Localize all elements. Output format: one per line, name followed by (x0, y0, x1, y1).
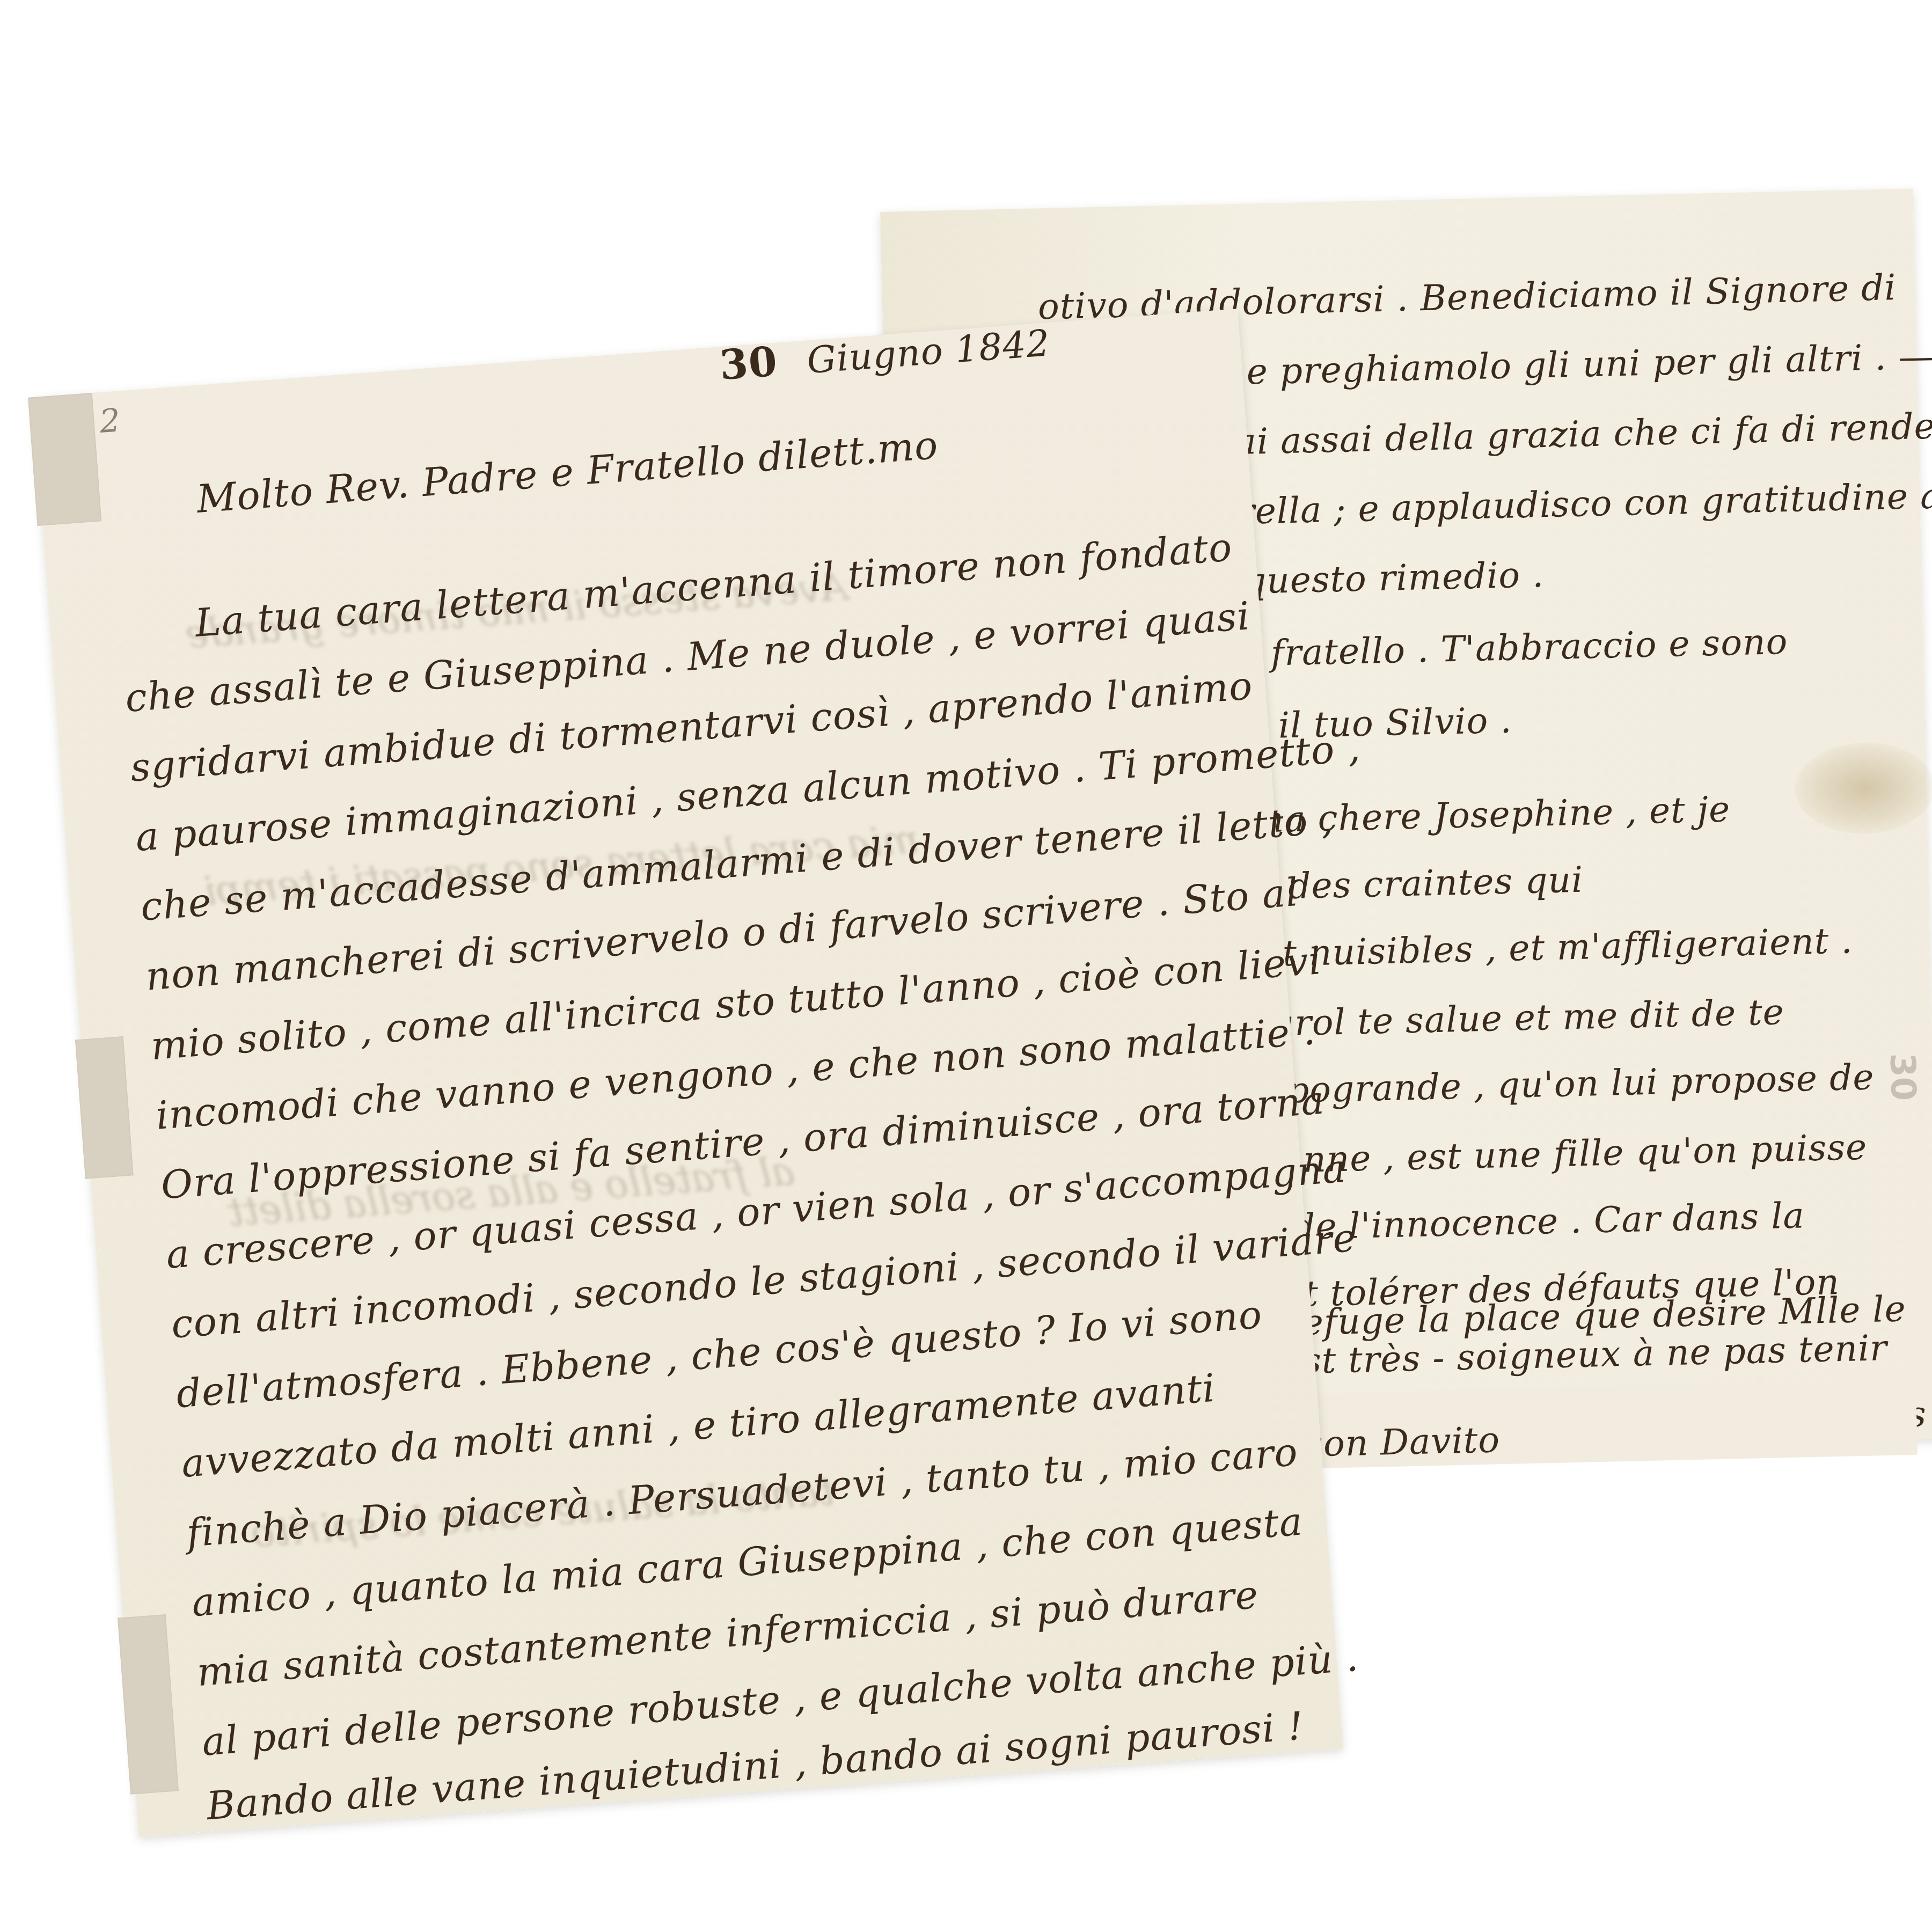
date-day: 30 (718, 337, 779, 389)
date-month-year: Giugno 1842 (806, 322, 1051, 382)
page-number-mark: 2 (98, 401, 122, 441)
water-stain (1794, 741, 1932, 836)
salutation: Molto Rev. Padre e Fratello dilett.mo (195, 422, 940, 522)
mount-tab-bottom (118, 1614, 179, 1795)
mount-tab-middle (75, 1036, 134, 1179)
archive-stamp: 30 (1882, 1052, 1923, 1101)
mount-tab-top (28, 393, 101, 526)
front-letter-page: 2 30 Giugno 1842 Molto Rev. Padre e Frat… (33, 309, 1343, 1837)
